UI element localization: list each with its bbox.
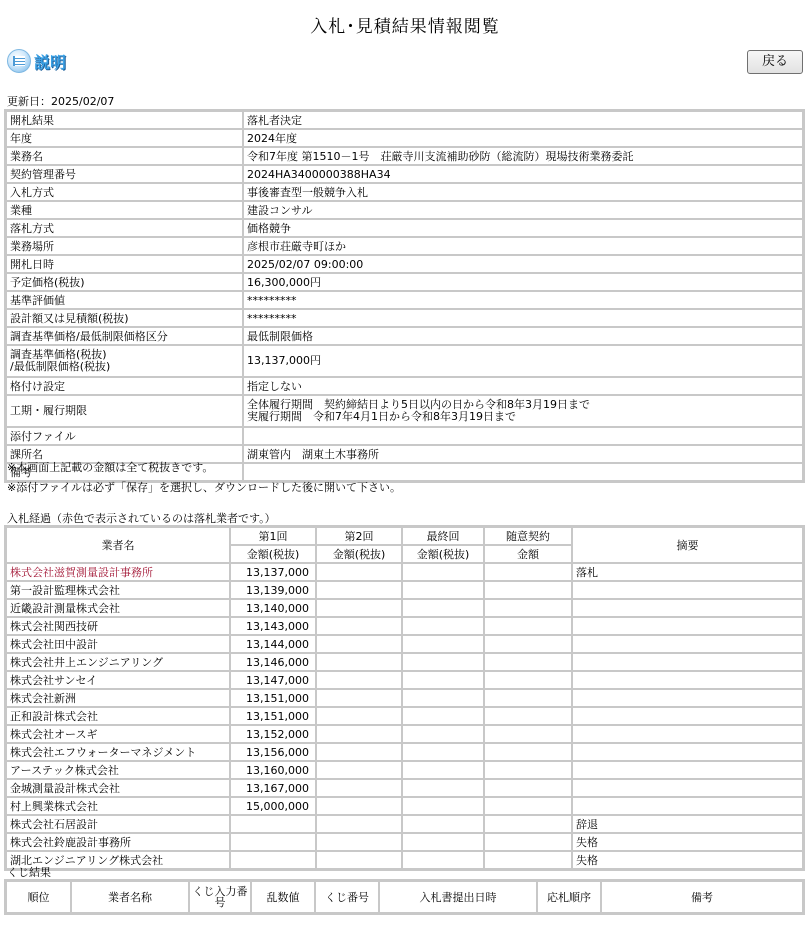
info-label: 調査基準価格(税抜)/最低制限価格(税抜) — [6, 345, 243, 377]
back-button[interactable]: 戻る — [747, 50, 803, 74]
updated-date: 更新日：2025/02/07 — [7, 93, 114, 109]
info-label: 入札方式 — [6, 183, 243, 201]
round2-amount — [316, 725, 402, 743]
info-label: 工期・履行期限 — [6, 395, 243, 427]
info-label-text: 設計額又は見積額(税抜) — [10, 312, 129, 325]
lottery-header: 入札書提出日時 — [379, 881, 537, 913]
company-name: 株式会社関西技研 — [6, 617, 230, 635]
remarks: 失格 — [572, 833, 803, 851]
round1-amount: 13,151,000 — [230, 707, 316, 725]
remarks — [572, 797, 803, 815]
round1-amount: 13,151,000 — [230, 689, 316, 707]
info-label: 予定価格(税抜) — [6, 273, 243, 291]
remarks — [572, 635, 803, 653]
bid-row: 株式会社新洲13,151,000 — [6, 689, 803, 707]
header-negotiated: 随意契約 — [484, 527, 572, 545]
final-amount — [402, 635, 484, 653]
remarks — [572, 743, 803, 761]
company-name: 株式会社新洲 — [6, 689, 230, 707]
bid-row: 株式会社滋賀測量設計事務所13,137,000落札 — [6, 563, 803, 581]
final-amount — [402, 707, 484, 725]
info-label: 開札結果 — [6, 111, 243, 129]
negotiated-amount — [484, 563, 572, 581]
info-row: 工期・履行期限全体履行期間 契約締結日より5日以内の日から令和8年3月19日まで… — [6, 395, 803, 427]
round2-amount — [316, 761, 402, 779]
info-label: 格付け設定 — [6, 377, 243, 395]
info-label-text: 入札方式 — [10, 186, 54, 199]
round2-amount — [316, 797, 402, 815]
lottery-table: 順位業者名称くじ入力番号乱数値くじ番号入札書提出日時応札順序備考 — [4, 879, 805, 915]
info-value: ********* — [243, 309, 803, 327]
page-title: 入札･見積結果情報閲覧 — [0, 12, 810, 37]
round2-amount — [316, 635, 402, 653]
info-value-text: 湖東管内 湖東土木事務所 — [247, 448, 379, 461]
lottery-header: 順位 — [6, 881, 71, 913]
negotiated-amount — [484, 725, 572, 743]
info-value-text: 2024年度 — [247, 132, 297, 145]
negotiated-amount — [484, 581, 572, 599]
info-value-text: 彦根市荘厳寺町ほか — [247, 240, 346, 253]
round2-amount — [316, 815, 402, 833]
info-value-text: 13,137,000円 — [247, 354, 321, 367]
document-circle-icon — [7, 49, 31, 73]
header-remarks: 摘要 — [572, 527, 803, 563]
info-value-text: 事後審査型一般競争入札 — [247, 186, 368, 199]
info-value: 2025/02/07 09:00:00 — [243, 255, 803, 273]
header-round2-amount: 金額(税抜) — [316, 545, 402, 563]
info-value: 価格競争 — [243, 219, 803, 237]
company-name: 株式会社サンセイ — [6, 671, 230, 689]
final-amount — [402, 797, 484, 815]
round2-amount — [316, 617, 402, 635]
company-name: 株式会社石居設計 — [6, 815, 230, 833]
header-company-name: 業者名 — [6, 527, 230, 563]
remarks — [572, 617, 803, 635]
bid-row: 村上興業株式会社15,000,000 — [6, 797, 803, 815]
info-label-text: 業務場所 — [10, 240, 54, 253]
company-name: 株式会社オースギ — [6, 725, 230, 743]
info-value-text: 令和7年度 第1510－1号 荘厳寺川支流補助砂防（総流防）現場技術業務委託 — [247, 150, 634, 163]
final-amount — [402, 671, 484, 689]
bid-row: 第一設計監理株式会社13,139,000 — [6, 581, 803, 599]
info-value-text-2: 実履行期間 令和7年4月1日から令和8年3月19日まで — [247, 410, 516, 423]
remarks — [572, 707, 803, 725]
info-label: 基準評価値 — [6, 291, 243, 309]
bid-history-table: 業者名 第1回 第2回 最終回 随意契約 摘要 金額(税抜) 金額(税抜) 金額… — [4, 525, 805, 871]
info-label-text: 業務名 — [10, 150, 43, 163]
info-row: 開札結果落札者決定 — [6, 111, 803, 129]
info-label-text: 調査基準価格/最低制限価格区分 — [10, 330, 168, 343]
final-amount — [402, 815, 484, 833]
info-row: 格付け設定指定しない — [6, 377, 803, 395]
remarks — [572, 581, 803, 599]
lottery-header: 備考 — [601, 881, 803, 913]
round2-amount — [316, 833, 402, 851]
final-amount — [402, 599, 484, 617]
info-value: 彦根市荘厳寺町ほか — [243, 237, 803, 255]
remarks — [572, 725, 803, 743]
remarks: 辞退 — [572, 815, 803, 833]
info-label: 業務名 — [6, 147, 243, 165]
info-label: 契約管理番号 — [6, 165, 243, 183]
info-row: 業務名令和7年度 第1510－1号 荘厳寺川支流補助砂防（総流防）現場技術業務委… — [6, 147, 803, 165]
negotiated-amount — [484, 779, 572, 797]
final-amount — [402, 581, 484, 599]
negotiated-amount — [484, 599, 572, 617]
header-round1-amount: 金額(税抜) — [230, 545, 316, 563]
info-value: 最低制限価格 — [243, 327, 803, 345]
bid-row: 金城測量設計株式会社13,167,000 — [6, 779, 803, 797]
info-label: 設計額又は見積額(税抜) — [6, 309, 243, 327]
round1-amount: 13,156,000 — [230, 743, 316, 761]
remarks — [572, 779, 803, 797]
company-name: 株式会社井上エンジニアリング — [6, 653, 230, 671]
negotiated-amount — [484, 653, 572, 671]
lottery-caption: くじ結果 — [7, 864, 51, 880]
info-label-text: 業種 — [10, 204, 32, 217]
round2-amount — [316, 743, 402, 761]
remarks — [572, 599, 803, 617]
info-value: 2024年度 — [243, 129, 803, 147]
help-label: 説明 — [34, 50, 66, 73]
company-name: 正和設計株式会社 — [6, 707, 230, 725]
info-row: 予定価格(税抜)16,300,000円 — [6, 273, 803, 291]
final-amount — [402, 761, 484, 779]
bid-row: 正和設計株式会社13,151,000 — [6, 707, 803, 725]
round2-amount — [316, 599, 402, 617]
info-value-text: 2025/02/07 09:00:00 — [247, 258, 363, 271]
bid-row: 近畿設計測量株式会社13,140,000 — [6, 599, 803, 617]
info-value: 事後審査型一般競争入札 — [243, 183, 803, 201]
info-value-text: 2024HA3400000388HA34 — [247, 168, 391, 181]
remarks — [572, 671, 803, 689]
lottery-header: 業者名称 — [71, 881, 189, 913]
final-amount — [402, 617, 484, 635]
info-label-text: 年度 — [10, 132, 32, 145]
round1-amount — [230, 815, 316, 833]
round2-amount — [316, 779, 402, 797]
info-row: 設計額又は見積額(税抜)********* — [6, 309, 803, 327]
company-name: 村上興業株式会社 — [6, 797, 230, 815]
info-row: 契約管理番号2024HA3400000388HA34 — [6, 165, 803, 183]
info-label-text: 契約管理番号 — [10, 168, 76, 181]
info-value: 建設コンサル — [243, 201, 803, 219]
negotiated-amount — [484, 833, 572, 851]
remarks — [572, 653, 803, 671]
remarks — [572, 689, 803, 707]
info-value-text: 指定しない — [247, 380, 302, 393]
round1-amount: 13,146,000 — [230, 653, 316, 671]
company-name: 近畿設計測量株式会社 — [6, 599, 230, 617]
info-value — [243, 427, 803, 445]
attachment-note: ※添付ファイルは必ず「保存」を選択し、ダウンロードした後に開いて下さい。 — [7, 479, 401, 495]
round1-amount: 13,140,000 — [230, 599, 316, 617]
info-row: 添付ファイル — [6, 427, 803, 445]
info-value-text: 16,300,000円 — [247, 276, 321, 289]
info-row: 業種建設コンサル — [6, 201, 803, 219]
info-value: 令和7年度 第1510－1号 荘厳寺川支流補助砂防（総流防）現場技術業務委託 — [243, 147, 803, 165]
info-label: 業務場所 — [6, 237, 243, 255]
bid-row: 株式会社井上エンジニアリング13,146,000 — [6, 653, 803, 671]
info-row: 年度2024年度 — [6, 129, 803, 147]
round2-amount — [316, 563, 402, 581]
round2-amount — [316, 581, 402, 599]
company-name: 株式会社滋賀測量設計事務所 — [6, 563, 230, 581]
info-value-text: ********* — [247, 312, 297, 325]
info-label: 年度 — [6, 129, 243, 147]
bid-row: 株式会社石居設計辞退 — [6, 815, 803, 833]
round2-amount — [316, 851, 402, 869]
info-label-text: 添付ファイル — [10, 430, 76, 443]
company-name: 株式会社田中設計 — [6, 635, 230, 653]
negotiated-amount — [484, 851, 572, 869]
bid-history-caption: 入札経過（赤色で表示されているのは落札業者です。） — [7, 510, 276, 526]
info-label: 添付ファイル — [6, 427, 243, 445]
final-amount — [402, 833, 484, 851]
round1-amount: 15,000,000 — [230, 797, 316, 815]
info-label: 落札方式 — [6, 219, 243, 237]
round2-amount — [316, 653, 402, 671]
final-amount — [402, 779, 484, 797]
round1-amount: 13,167,000 — [230, 779, 316, 797]
info-value-text: 落札者決定 — [247, 114, 302, 127]
bid-row: 湖北エンジニアリング株式会社失格 — [6, 851, 803, 869]
info-row: 調査基準価格(税抜)/最低制限価格(税抜)13,137,000円 — [6, 345, 803, 377]
info-label: 開札日時 — [6, 255, 243, 273]
header-round2: 第2回 — [316, 527, 402, 545]
header-negotiated-amount: 金額 — [484, 545, 572, 563]
info-label-text: 基準評価値 — [10, 294, 65, 307]
info-row: 開札日時2025/02/07 09:00:00 — [6, 255, 803, 273]
round1-amount: 13,137,000 — [230, 563, 316, 581]
round1-amount: 13,144,000 — [230, 635, 316, 653]
lottery-header: 乱数値 — [251, 881, 315, 913]
info-label-text: 開札日時 — [10, 258, 54, 271]
round1-amount — [230, 833, 316, 851]
info-value-text: 価格競争 — [247, 222, 291, 235]
final-amount — [402, 563, 484, 581]
final-amount — [402, 743, 484, 761]
bid-row: アーステック株式会社13,160,000 — [6, 761, 803, 779]
info-value: 湖東管内 湖東土木事務所 — [243, 445, 803, 463]
info-value: ********* — [243, 291, 803, 309]
info-value: 全体履行期間 契約締結日より5日以内の日から令和8年3月19日まで実履行期間 令… — [243, 395, 803, 427]
tax-note: ※本画面上記載の金額は全て税抜きです。 — [7, 459, 213, 475]
negotiated-amount — [484, 617, 572, 635]
company-name: 第一設計監理株式会社 — [6, 581, 230, 599]
negotiated-amount — [484, 815, 572, 833]
info-row: 業務場所彦根市荘厳寺町ほか — [6, 237, 803, 255]
round1-amount: 13,139,000 — [230, 581, 316, 599]
bid-row: 株式会社オースギ13,152,000 — [6, 725, 803, 743]
negotiated-amount — [484, 635, 572, 653]
negotiated-amount — [484, 689, 572, 707]
company-name: アーステック株式会社 — [6, 761, 230, 779]
final-amount — [402, 653, 484, 671]
info-row: 落札方式価格競争 — [6, 219, 803, 237]
bid-row: 株式会社田中設計13,144,000 — [6, 635, 803, 653]
negotiated-amount — [484, 743, 572, 761]
company-name: 金城測量設計株式会社 — [6, 779, 230, 797]
final-amount — [402, 851, 484, 869]
info-row: 調査基準価格/最低制限価格区分最低制限価格 — [6, 327, 803, 345]
company-name: 株式会社鈴鹿設計事務所 — [6, 833, 230, 851]
round1-amount — [230, 851, 316, 869]
header-round1: 第1回 — [230, 527, 316, 545]
lottery-header: くじ入力番号 — [189, 881, 251, 913]
negotiated-amount — [484, 761, 572, 779]
info-value-text: 最低制限価格 — [247, 330, 313, 343]
info-value: 16,300,000円 — [243, 273, 803, 291]
info-label: 調査基準価格/最低制限価格区分 — [6, 327, 243, 345]
round1-amount: 13,147,000 — [230, 671, 316, 689]
help-link[interactable]: 説明 — [7, 49, 66, 73]
info-label-text-2: /最低制限価格(税抜) — [10, 360, 110, 373]
negotiated-amount — [484, 797, 572, 815]
bid-row: 株式会社関西技研13,143,000 — [6, 617, 803, 635]
round2-amount — [316, 707, 402, 725]
final-amount — [402, 725, 484, 743]
round2-amount — [316, 671, 402, 689]
info-label-text: 開札結果 — [10, 114, 54, 127]
lottery-header: くじ番号 — [315, 881, 379, 913]
round2-amount — [316, 689, 402, 707]
remarks — [572, 761, 803, 779]
info-value: 13,137,000円 — [243, 345, 803, 377]
round1-amount: 13,152,000 — [230, 725, 316, 743]
info-value-text: ********* — [247, 294, 297, 307]
final-amount — [402, 689, 484, 707]
info-value-text: 建設コンサル — [247, 204, 312, 217]
info-row: 入札方式事後審査型一般競争入札 — [6, 183, 803, 201]
bid-row: 株式会社エフウォーターマネジメント13,156,000 — [6, 743, 803, 761]
info-value: 2024HA3400000388HA34 — [243, 165, 803, 183]
info-value: 指定しない — [243, 377, 803, 395]
remarks: 失格 — [572, 851, 803, 869]
info-label-text: 落札方式 — [10, 222, 54, 235]
bid-info-table: 開札結果落札者決定年度2024年度業務名令和7年度 第1510－1号 荘厳寺川支… — [4, 109, 805, 483]
header-final-amount: 金額(税抜) — [402, 545, 484, 563]
info-row: 基準評価値********* — [6, 291, 803, 309]
info-label: 業種 — [6, 201, 243, 219]
remarks: 落札 — [572, 563, 803, 581]
bid-row: 株式会社鈴鹿設計事務所失格 — [6, 833, 803, 851]
info-label-text: 格付け設定 — [10, 380, 65, 393]
bid-row: 株式会社サンセイ13,147,000 — [6, 671, 803, 689]
info-label-text: 予定価格(税抜) — [10, 276, 85, 289]
company-name: 株式会社エフウォーターマネジメント — [6, 743, 230, 761]
header-final-round: 最終回 — [402, 527, 484, 545]
round1-amount: 13,160,000 — [230, 761, 316, 779]
lottery-header: 応札順序 — [537, 881, 601, 913]
negotiated-amount — [484, 707, 572, 725]
info-value: 落札者決定 — [243, 111, 803, 129]
info-label-text: 工期・履行期限 — [10, 404, 87, 417]
round1-amount: 13,143,000 — [230, 617, 316, 635]
negotiated-amount — [484, 671, 572, 689]
